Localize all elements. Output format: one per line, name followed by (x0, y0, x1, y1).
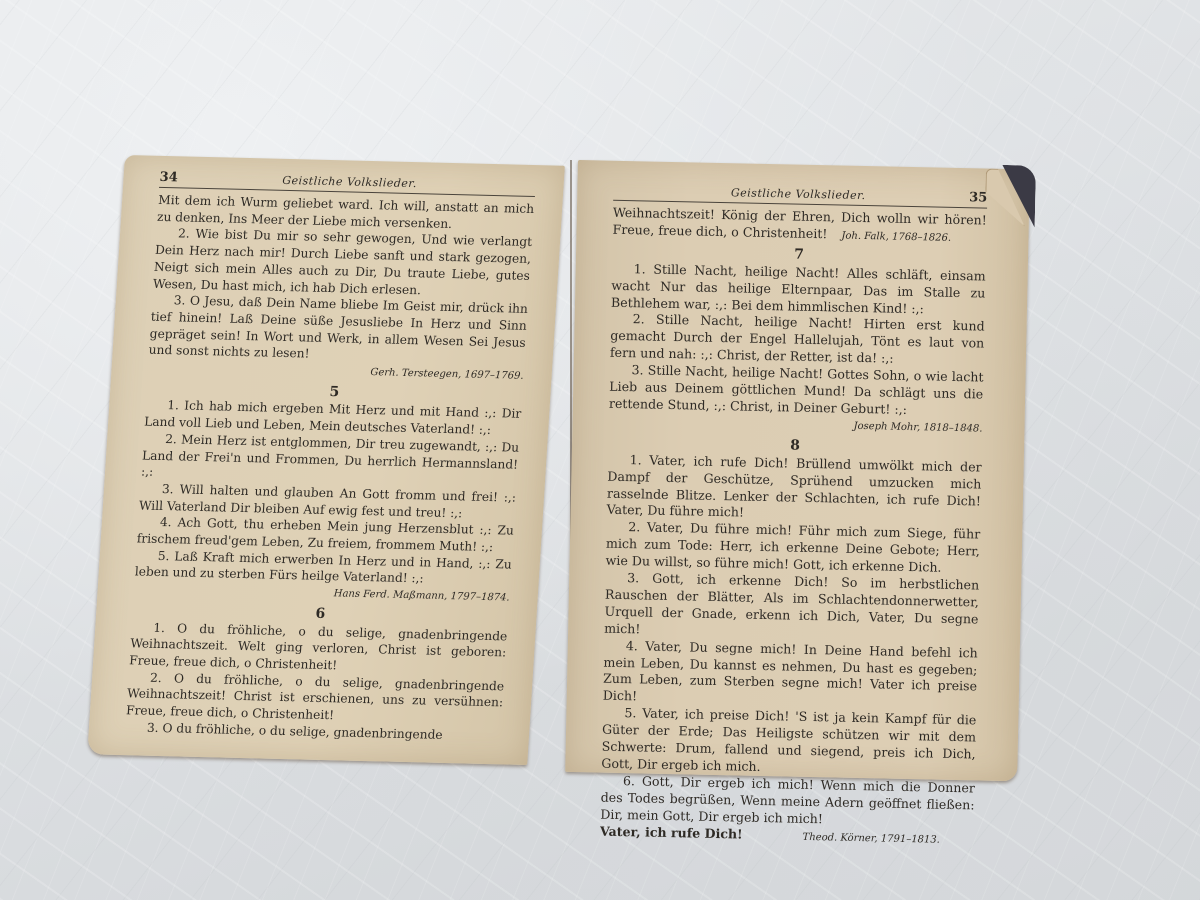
left-page-number: 34 (159, 170, 178, 185)
verse: 2. Wie bist Du mir so sehr gewogen, Und … (152, 225, 532, 301)
text-paragraph: Weihnachtszeit! König der Ehren, Dich wo… (612, 205, 987, 249)
right-page-header: Geistliche Volkslieder. 35 (613, 183, 987, 209)
right-running-title: Geistliche Volkslieder. (731, 186, 866, 202)
attribution: Theod. Körner, 1791–1813. (803, 831, 940, 845)
verse: 5. Vater, ich preise Dich! 'S ist ja kei… (601, 705, 976, 780)
left-page: 34 Geistliche Volkslieder. Mit dem ich W… (87, 155, 565, 765)
verse: 2. O du fröhliche, o du selige, gnadenbr… (126, 669, 505, 728)
right-page: Geistliche Volkslieder. 35 Weihnachtszei… (565, 160, 1030, 781)
verse: 1. O du fröhliche, o du selige, gnadenbr… (129, 619, 508, 678)
verse: 2. Mein Herz ist entglommen, Dir treu zu… (141, 430, 520, 489)
right-page-number: 35 (969, 190, 987, 205)
verse: 1. Stille Nacht, heilige Nacht! Alles sc… (611, 260, 986, 319)
right-page-text: Weihnachtszeit! König der Ehren, Dich wo… (600, 205, 987, 850)
verse: 6. Gott, Dir ergeb ich mich! Wenn mich d… (600, 773, 975, 832)
verse: 3. O Jesu, daß Dein Name bliebe Im Geist… (148, 292, 528, 368)
verse: 2. Vater, Du führe mich! Führ mich zum S… (605, 519, 980, 578)
attribution: Joh. Falk, 1768–1826. (841, 230, 951, 243)
verse: 3. Gott, ich erkenne Dich! So im herbstl… (604, 570, 979, 645)
verse: 4. Vater, Du segne mich! In Deine Hand b… (603, 637, 978, 712)
left-page-text: Mit dem ich Wurm geliebet ward. Ich will… (125, 192, 535, 745)
verse: 2. Stille Nacht, heilige Nacht! Hirten e… (610, 311, 985, 370)
left-running-title: Geistliche Volkslieder. (282, 174, 417, 190)
verse: 1. Vater, ich rufe Dich! Brüllend umwölk… (606, 451, 981, 526)
verse: 3. Stille Nacht, heilige Nacht! Gottes S… (609, 362, 984, 421)
closing-refrain: Vater, ich rufe Dich! (600, 823, 743, 841)
